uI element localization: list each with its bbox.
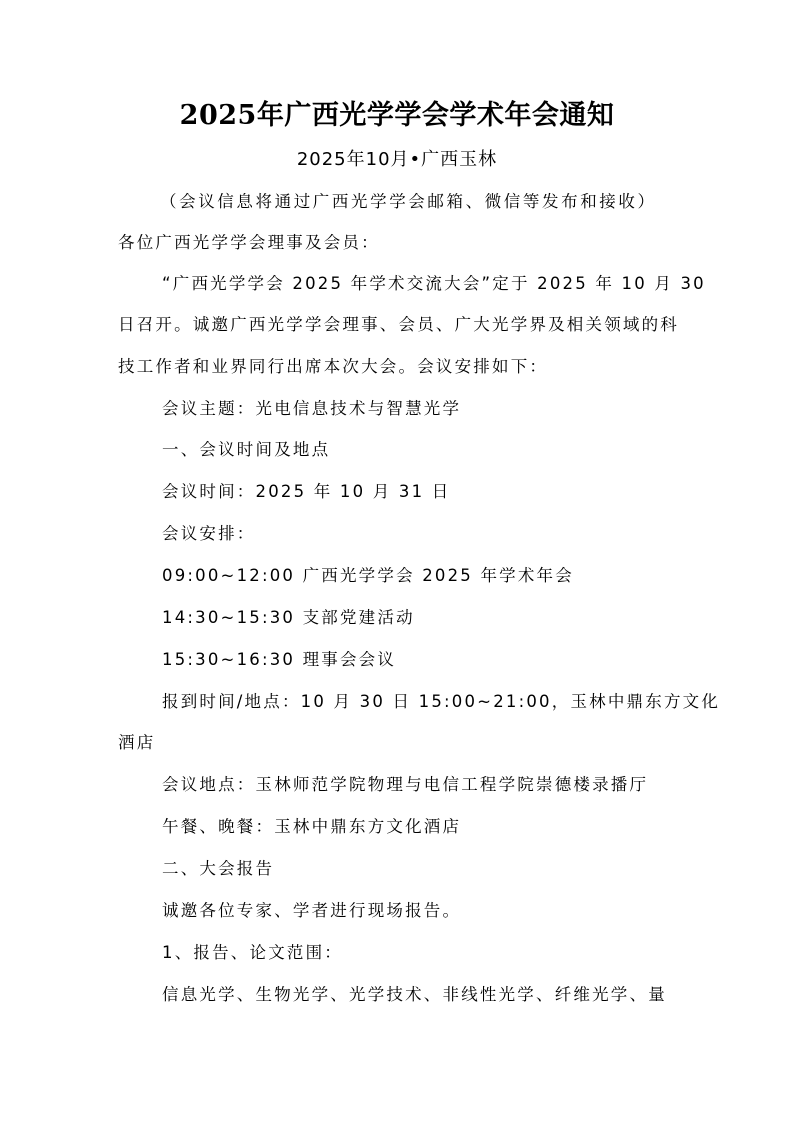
registration-line-2: 酒店 <box>118 731 678 755</box>
document-title: 2025年广西光学学会学术年会通知 <box>0 98 794 134</box>
publication-note: （会议信息将通过广西光学学会邮箱、微信等发布和接收） <box>160 190 720 214</box>
meeting-theme: 会议主题：光电信息技术与智慧光学 <box>162 397 722 421</box>
schedule-item: 09:00~12:00 广西光学学会 2025 年学术年会 <box>162 564 722 588</box>
intro-line-2: 日召开。诚邀广西光学学会理事、会员、广大光学界及相关领域的科 <box>118 313 678 337</box>
document-subtitle: 2025年10月•广西玉林 <box>0 146 794 174</box>
schedule-item: 14:30~15:30 支部党建活动 <box>162 606 722 630</box>
schedule-label: 会议安排： <box>162 522 722 546</box>
meals-location: 午餐、晚餐：玉林中鼎东方文化酒店 <box>162 815 722 839</box>
report-invitation: 诚邀各位专家、学者进行现场报告。 <box>162 899 722 923</box>
meeting-time: 会议时间：2025 年 10 月 31 日 <box>162 480 722 504</box>
salutation: 各位广西光学学会理事及会员： <box>118 231 678 255</box>
scope-heading: 1、报告、论文范围： <box>162 941 722 965</box>
scope-line-1: 信息光学、生物光学、光学技术、非线性光学、纤维光学、量 <box>162 983 722 1007</box>
meeting-venue: 会议地点：玉林师范学院物理与电信工程学院崇德楼录播厅 <box>162 773 722 797</box>
document-page: 2025年广西光学学会学术年会通知 2025年10月•广西玉林 （会议信息将通过… <box>0 0 794 1123</box>
schedule-item: 15:30~16:30 理事会会议 <box>162 648 722 672</box>
section-1-heading: 一、会议时间及地点 <box>162 438 722 462</box>
intro-line-1: “广西光学学会 2025 年学术交流大会”定于 2025 年 10 月 30 <box>162 272 722 296</box>
registration-line-1: 报到时间/地点：10 月 30 日 15:00~21:00，玉林中鼎东方文化 <box>162 690 722 714</box>
intro-line-3: 技工作者和业界同行出席本次大会。会议安排如下： <box>118 355 678 379</box>
section-2-heading: 二、大会报告 <box>162 857 722 881</box>
